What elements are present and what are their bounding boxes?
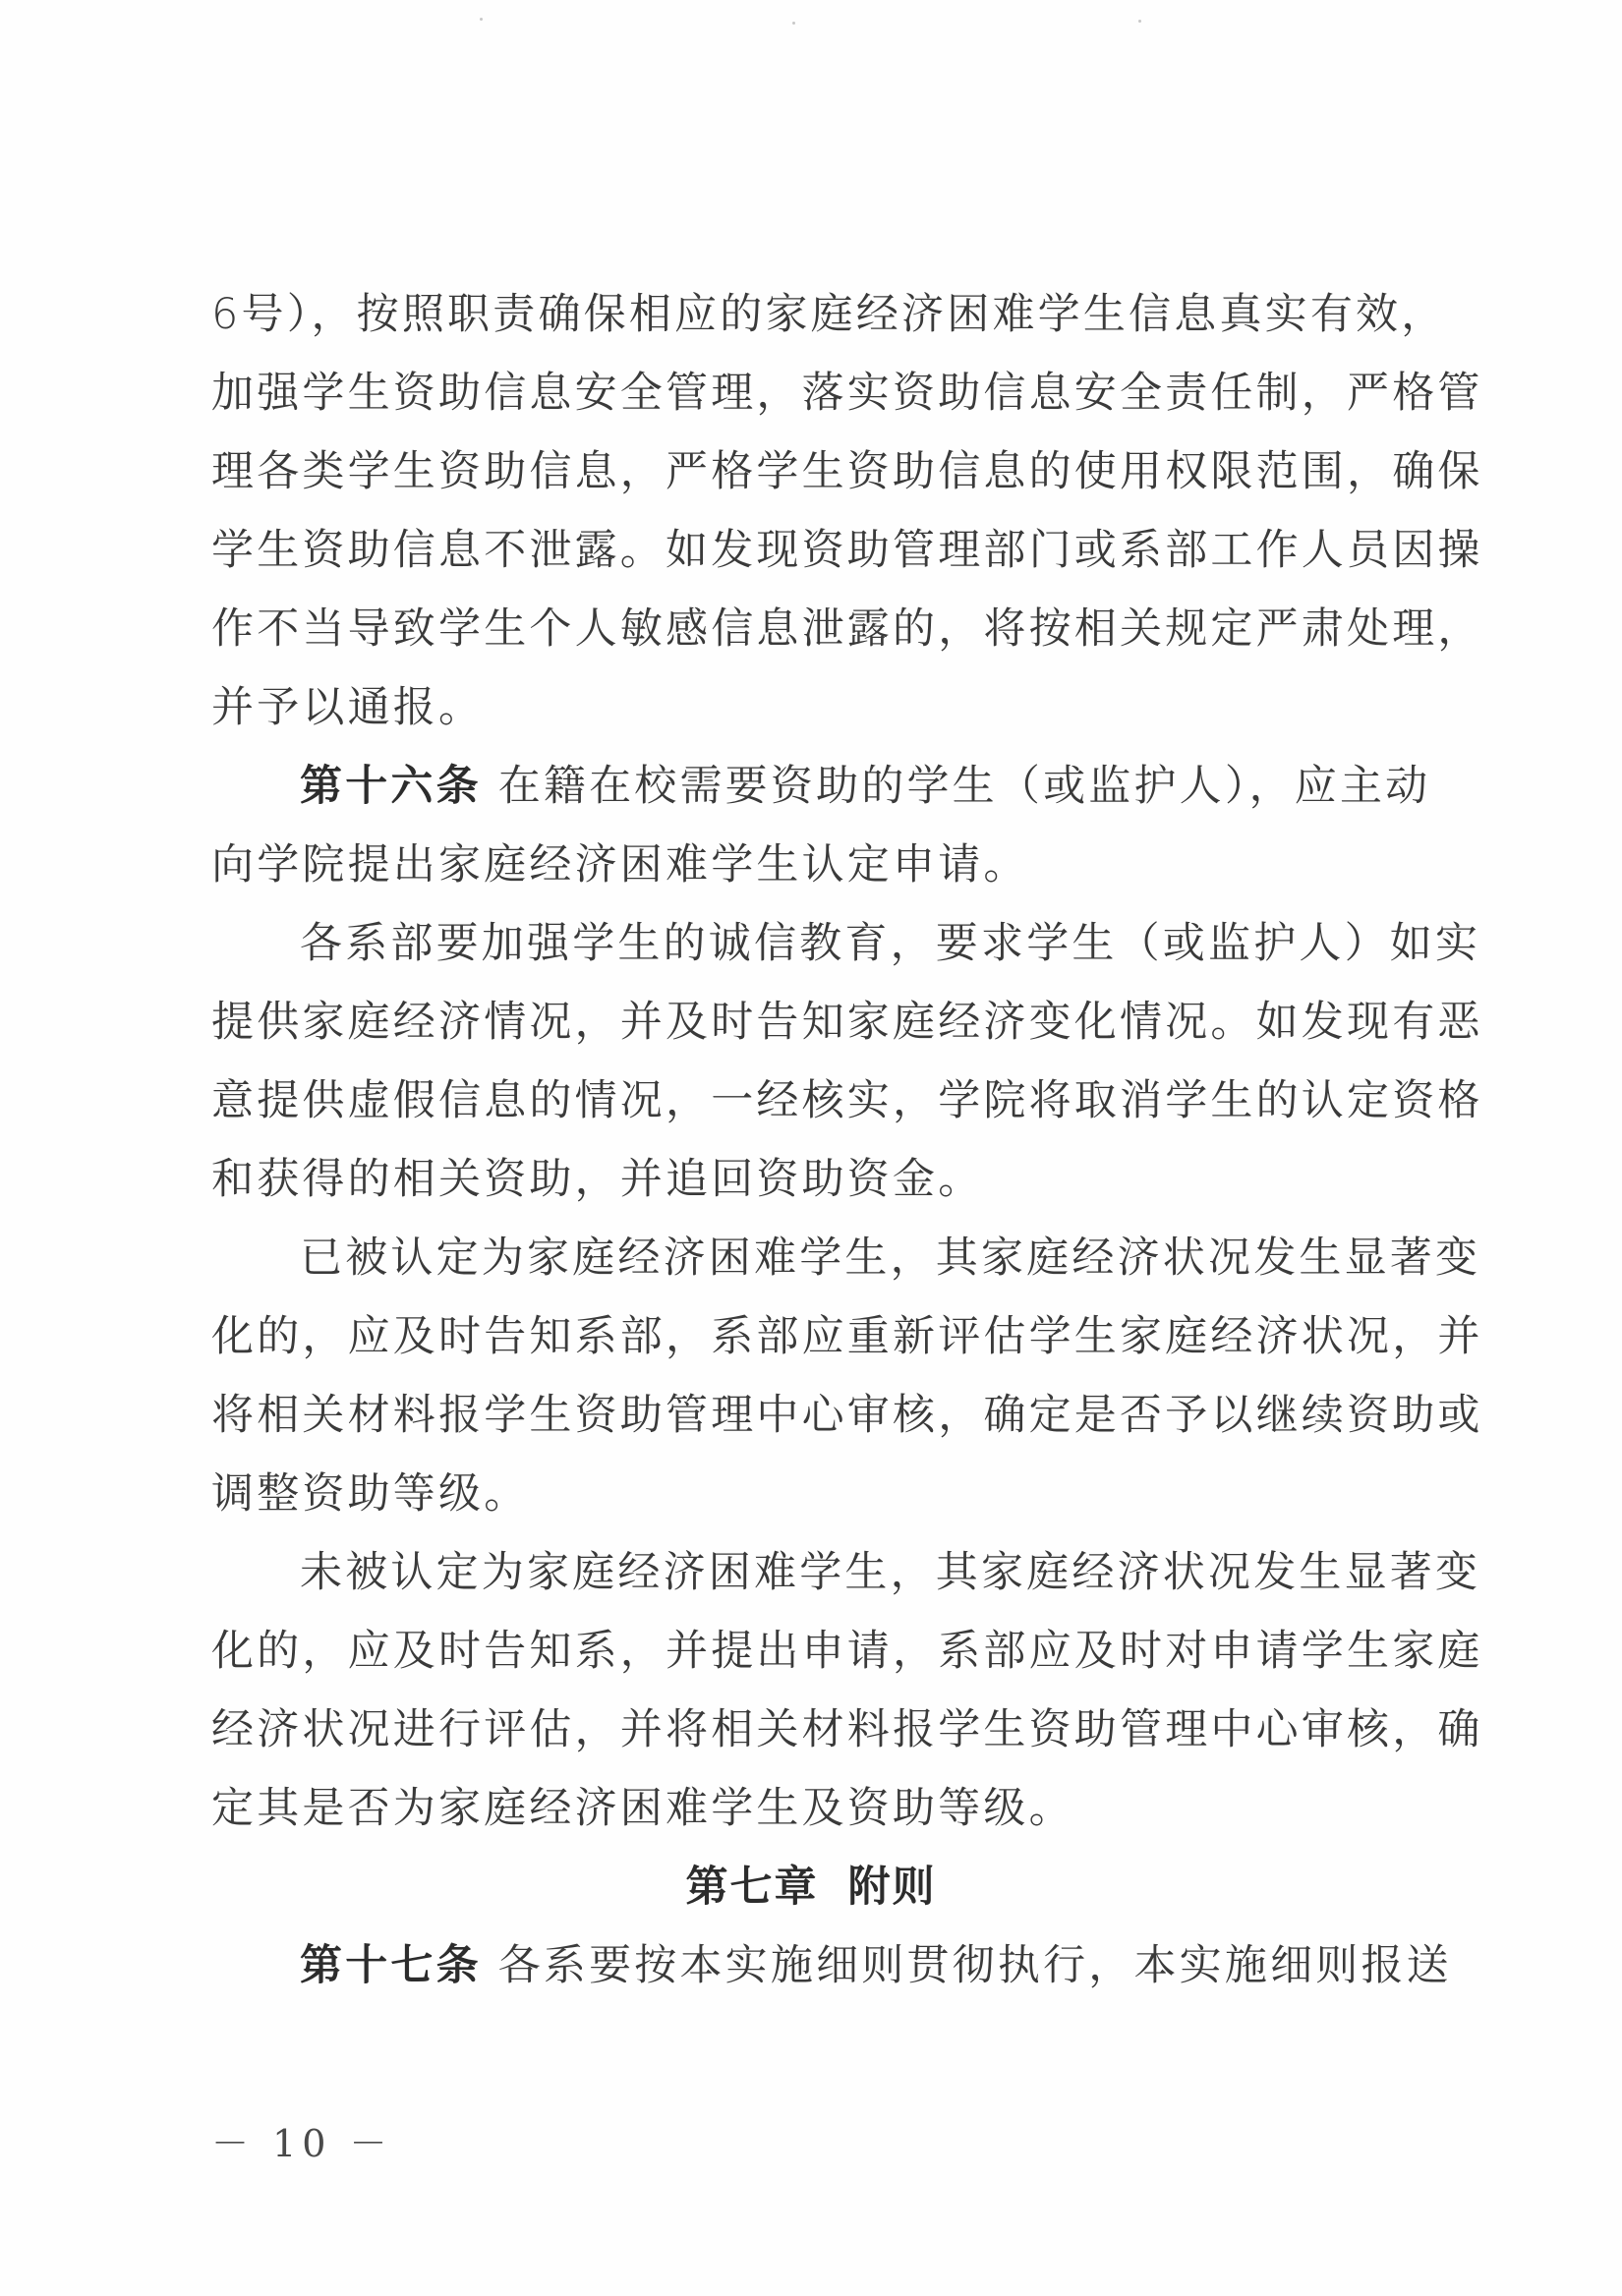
text-line: 各系部要加强学生的诚信教育，要求学生（或监护人）如实 — [211, 904, 1411, 983]
text-line: 理各类学生资助信息，严格学生资助信息的使用权限范围，确保 — [211, 432, 1411, 511]
text-line: 向学院提出家庭经济困难学生认定申请。 — [211, 826, 1411, 904]
chapter-number: 第七章 — [686, 1863, 819, 1912]
page-number: － 10 － — [211, 2113, 393, 2167]
document-body: 6号），按照职责确保相应的家庭经济困难学生信息真实有效， 加强学生资助信息安全管… — [211, 275, 1411, 2005]
text-line: 调整资助等级。 — [211, 1455, 1411, 1533]
text-line: 化的，应及时告知系部，系部应重新评估学生家庭经济状况，并 — [211, 1297, 1411, 1376]
scan-speck — [480, 18, 483, 21]
chapter-title: 附则 — [848, 1863, 937, 1912]
article-label: 第十六条 — [300, 762, 482, 811]
chapter-heading: 第七章附则 — [211, 1848, 1411, 1926]
scan-speck — [792, 22, 795, 25]
paragraph-continuation: 6号），按照职责确保相应的家庭经济困难学生信息真实有效， 加强学生资助信息安全管… — [211, 275, 1411, 747]
paragraph-unrecognized: 未被认定为家庭经济困难学生，其家庭经济状况发生显著变 化的，应及时告知系，并提出… — [211, 1533, 1411, 1848]
text-line: 定其是否为家庭经济困难学生及资助等级。 — [211, 1769, 1411, 1848]
text-line: 意提供虚假信息的情况，一经核实，学院将取消学生的认定资格 — [211, 1062, 1411, 1140]
text-line: 化的，应及时告知系，并提出申请，系部应及时对申请学生家庭 — [211, 1612, 1411, 1691]
text-line: 和获得的相关资助，并追回资助资金。 — [211, 1140, 1411, 1219]
article-17: 第十七条 各系要按本实施细则贯彻执行，本实施细则报送 — [211, 1926, 1411, 2005]
text-line: 经济状况进行评估，并将相关材料报学生资助管理中心审核，确 — [211, 1691, 1411, 1769]
text-line: 未被认定为家庭经济困难学生，其家庭经济状况发生显著变 — [211, 1533, 1411, 1612]
scan-speck — [1138, 20, 1141, 23]
article-text: 在籍在校需要资助的学生（或监护人），应主动 — [498, 762, 1431, 811]
text-line: 已被认定为家庭经济困难学生，其家庭经济状况发生显著变 — [211, 1219, 1411, 1297]
text-line: 学生资助信息不泄露。如发现资助管理部门或系部工作人员因操 — [211, 511, 1411, 590]
paragraph-recognized: 已被认定为家庭经济困难学生，其家庭经济状况发生显著变 化的，应及时告知系部，系部… — [211, 1219, 1411, 1533]
text-line: 加强学生资助信息安全管理，落实资助信息安全责任制，严格管 — [211, 354, 1411, 432]
paragraph-honesty: 各系部要加强学生的诚信教育，要求学生（或监护人）如实 提供家庭经济情况，并及时告… — [211, 904, 1411, 1219]
text-line: 第十六条 在籍在校需要资助的学生（或监护人），应主动 — [211, 747, 1411, 826]
text-line: 将相关材料报学生资助管理中心审核，确定是否予以继续资助或 — [211, 1376, 1411, 1455]
text-line: 作不当导致学生个人敏感信息泄露的，将按相关规定严肃处理， — [211, 590, 1411, 668]
article-label: 第十七条 — [300, 1941, 482, 1990]
text-line: 并予以通报。 — [211, 668, 1411, 747]
document-page: 6号），按照职责确保相应的家庭经济困难学生信息真实有效， 加强学生资助信息安全管… — [0, 0, 1622, 2296]
article-text: 各系要按本实施细则贯彻执行，本实施细则报送 — [498, 1941, 1452, 1990]
text-line: 6号），按照职责确保相应的家庭经济困难学生信息真实有效， — [211, 275, 1411, 354]
article-16: 第十六条 在籍在校需要资助的学生（或监护人），应主动 向学院提出家庭经济困难学生… — [211, 747, 1411, 904]
text-line: 提供家庭经济情况，并及时告知家庭经济变化情况。如发现有恶 — [211, 983, 1411, 1062]
